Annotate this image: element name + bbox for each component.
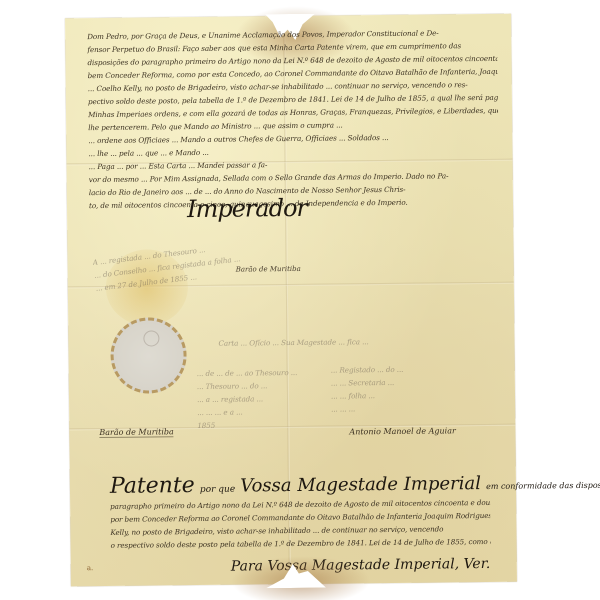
imperial-signature: Imperador [187,194,307,223]
text-line: 1855 [197,418,297,432]
registration-note-middle: ... de ... de ... ao Thesouro ... ... Th… [197,366,298,432]
main-decree-text: Dom Pedro, por Graça de Deus, e Unanime … [87,26,499,212]
text-line: ... Thesouro ... do ... [197,379,297,393]
registration-note-right: ... Registado ... do ... ... ... Secreta… [331,362,502,416]
patent-title-word: Patente [110,473,195,499]
text-line: o respectivo soldo deste posto pela tabe… [110,535,490,552]
text-line: ... ... ... [331,401,501,416]
text-line: ... de ... de ... ao Thesouro ... [197,366,297,380]
document-paper: Dom Pedro, por Graça de Deus, e Unanime … [65,14,517,587]
crown-emboss-icon [143,330,159,346]
patent-heading: Patente por que Vossa Magestade Imperial… [110,468,600,498]
text-line: ... ... ... e a ... [197,405,297,419]
patent-conformity: em conformidade das disposições do [486,480,600,491]
embossed-paper-seal [110,317,187,394]
middle-faded-text: Carta ... Ofício ... Sua Magestade ... f… [218,334,488,350]
margin-mark: a. [87,564,93,572]
text-line: Carta ... Ofício ... Sua Magestade ... f… [218,334,488,350]
patent-majesty: Vossa Magestade Imperial [240,473,481,497]
signature-baron: Barão de Muritiba [99,427,173,438]
patent-body-text: paragrapho primeiro do Artigo nono da Le… [110,496,491,552]
baron-note: Barão de Muritiba [236,265,301,274]
patent-connector: por que [200,485,235,495]
text-line: ... a ... registada ... [197,392,297,406]
signature-minister: Antonio Manoel de Aguiar [349,426,455,436]
